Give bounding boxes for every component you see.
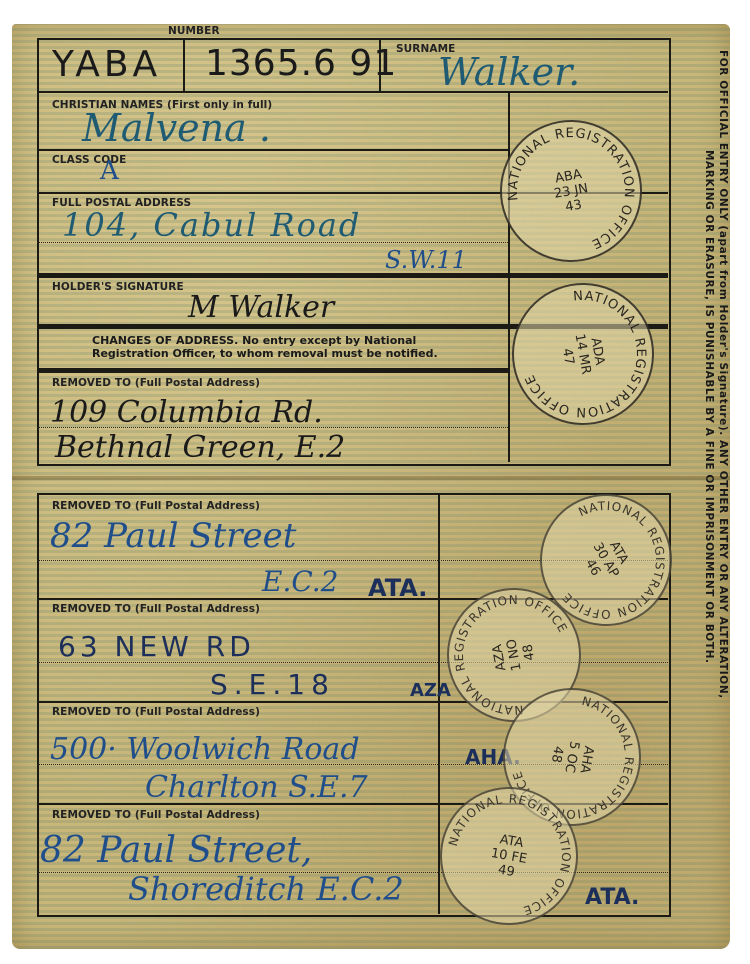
removal-3-office-code: AZA (410, 680, 451, 701)
removal-5-line-2: Shoreditch E.C.2 (128, 870, 404, 908)
removed-to-label: REMOVED TO (Full Postal Address) (52, 500, 260, 512)
removal-4-line-2: Charlton S.E.7 (145, 770, 368, 805)
removed-to-label: REMOVED TO (Full Postal Address) (52, 706, 260, 718)
stamp-day: 1 (508, 661, 524, 672)
stamp-month: NO (504, 638, 522, 660)
holder-signature: M Walker (188, 290, 334, 325)
removed-to-label: REMOVED TO (Full Postal Address) (52, 377, 260, 389)
removal-2-line-2: E.C.2 (262, 565, 338, 598)
stamp-month: JN (573, 181, 589, 198)
removal-3-line-2: S.E.18 (210, 668, 335, 701)
stamp-year: 49 (497, 862, 516, 880)
side-notice-line-2: MARKING OR ERASURE, IS PUNISHABLE BY A F… (703, 150, 715, 664)
divider (183, 39, 185, 91)
stamp-day: 14 (572, 333, 590, 352)
stamp-month: MR (576, 353, 594, 376)
class-code-value: A (100, 156, 119, 186)
registration-stamp: NATIONAL REGISTRATION OFFICE ABA 23 JN 4… (489, 109, 654, 274)
registration-stamp: NATIONAL REGISTRATION OFFICE ATA 10 FE 4… (429, 776, 589, 936)
stamp-year: 43 (564, 197, 583, 215)
removal-1-line-1: 109 Columbia Rd. (50, 395, 323, 430)
number-label: NUMBER (168, 25, 220, 37)
changes-of-address-notice: CHANGES OF ADDRESS. No entry except by N… (92, 334, 438, 360)
removal-5-office-code: ATA. (585, 885, 639, 910)
holders-signature-label: HOLDER'S SIGNATURE (52, 281, 184, 293)
divider (38, 273, 668, 278)
stamp-day: 5 (566, 740, 582, 751)
removal-1-line-2: Bethnal Green, E.2 (55, 430, 345, 465)
surname-value: Walker. (438, 50, 580, 94)
removal-5-line-1: 82 Paul Street, (40, 830, 312, 871)
side-warning-notice: FOR OFFICIAL ENTRY ONLY (apart from Hold… (695, 50, 733, 920)
stamp-center: ATA 10 FE 49 (431, 778, 586, 933)
removal-3-line-1: 63 NEW RD (58, 630, 255, 663)
stamp-day: 10 (490, 845, 509, 863)
removal-2-line-1: 82 Paul Street (50, 516, 296, 556)
address-line-1: 104, Cabul Road (62, 206, 361, 244)
stamp-center: ABA 23 JN 43 (491, 111, 651, 271)
notice-line-1: CHANGES OF ADDRESS. No entry except by N… (92, 334, 438, 347)
removed-to-label: REMOVED TO (Full Postal Address) (52, 603, 260, 615)
stamp-year: 48 (520, 643, 538, 662)
removal-4-line-1: 500· Woolwich Road (50, 732, 360, 767)
removed-to-label: REMOVED TO (Full Postal Address) (52, 809, 260, 821)
divider (38, 368, 508, 373)
divider (38, 149, 508, 151)
dotted-rule (38, 427, 508, 428)
stamp-center: ADA 14 MR 47 (503, 274, 663, 434)
registration-stamp: NATIONAL REGISTRATION OFFICE ADA 14 MR 4… (501, 272, 666, 437)
address-line-2: S.W.11 (385, 246, 467, 274)
identity-number: 1365.6 91 (205, 43, 397, 84)
dotted-rule (38, 242, 508, 243)
christian-name-value: Malvena . (82, 106, 271, 150)
number-prefix: YABA (52, 44, 161, 85)
stamp-year: 47 (559, 347, 577, 366)
stamp-year: 48 (548, 745, 566, 764)
notice-line-2: Registration Officer, to whom removal mu… (92, 347, 438, 360)
side-notice-line-1: FOR OFFICIAL ENTRY ONLY (apart from Hold… (717, 50, 729, 699)
